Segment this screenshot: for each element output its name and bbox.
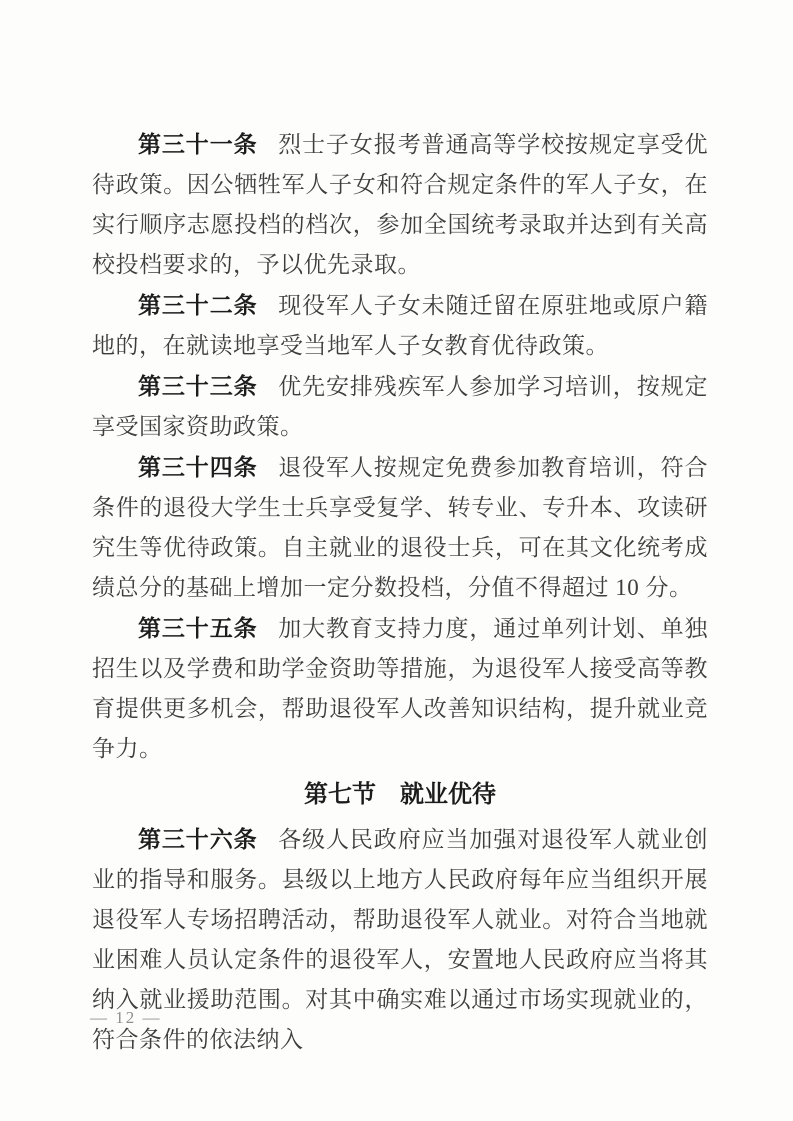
section-title: 就业优待 [400, 781, 496, 808]
section-heading: 第七节就业优待 [92, 775, 708, 815]
article-paragraph-31: 第三十一条烈士子女报考普通高等学校按规定享受优待政策。因公牺牲军人子女和符合规定… [92, 124, 708, 285]
article-paragraph-32: 第三十二条现役军人子女未随迁留在原驻地或原户籍地的，在就读地享受当地军人子女教育… [92, 285, 708, 366]
article-number-33: 第三十三条 [138, 373, 258, 399]
article-number-36: 第三十六条 [138, 826, 258, 852]
article-number-31: 第三十一条 [138, 131, 258, 157]
article-number-35: 第三十五条 [138, 615, 258, 641]
article-paragraph-33: 第三十三条优先安排残疾军人参加学习培训，按规定享受国家资助政策。 [92, 366, 708, 447]
document-page: 第三十一条烈士子女报考普通高等学校按规定享受优待政策。因公牺牲军人子女和符合规定… [0, 0, 793, 1121]
article-paragraph-34: 第三十四条退役军人按规定免费参加教育培训，符合条件的退役大学生士兵享受复学、转专… [92, 447, 708, 608]
article-paragraph-36: 第三十六条各级人民政府应当加强对退役军人就业创业的指导和服务。县级以上地方人民政… [92, 819, 708, 1060]
page-number: — 12 — [90, 1006, 162, 1030]
document-body: 第三十一条烈士子女报考普通高等学校按规定享受优待政策。因公牺牲军人子女和符合规定… [92, 124, 708, 1060]
article-number-34: 第三十四条 [138, 454, 258, 480]
article-paragraph-35: 第三十五条加大教育支持力度，通过单列计划、单独招生以及学费和助学金资助等措施，为… [92, 608, 708, 769]
article-text-36: 各级人民政府应当加强对退役军人就业创业的指导和服务。县级以上地方人民政府每年应当… [92, 827, 708, 1052]
article-number-32: 第三十二条 [138, 292, 258, 318]
section-number: 第七节 [304, 781, 376, 808]
page-number-label: — 12 — [90, 1008, 162, 1027]
